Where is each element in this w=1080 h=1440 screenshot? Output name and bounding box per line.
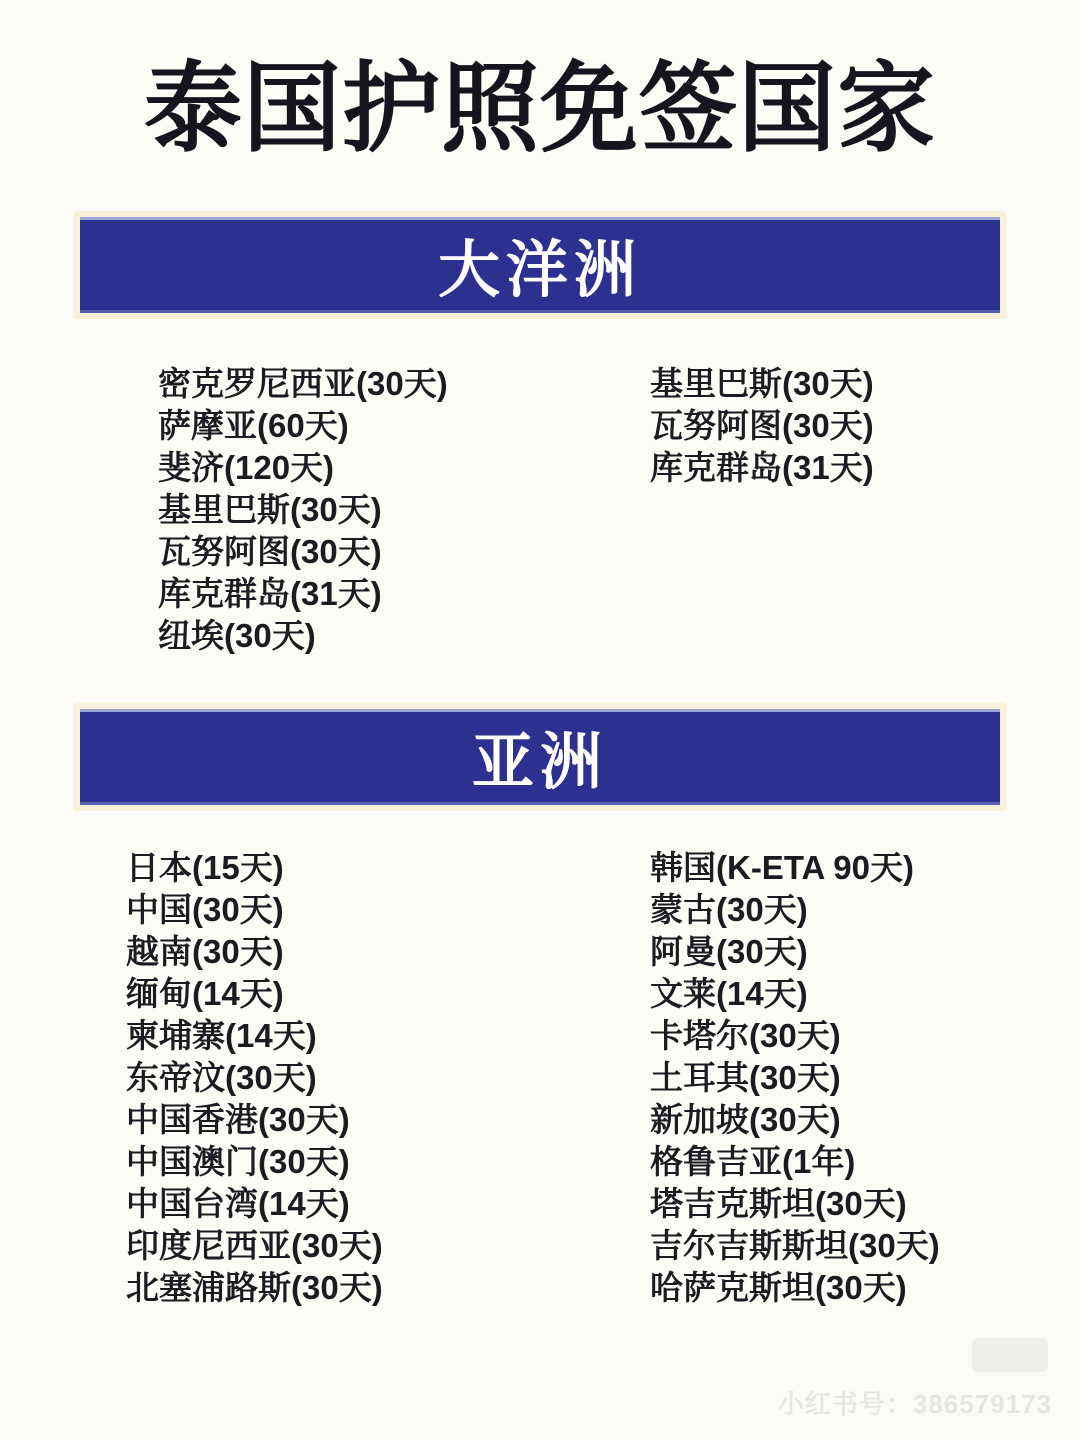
country-item: 瓦努阿图(30天): [650, 405, 1080, 447]
country-column-right: 韩国(K-ETA 90天)蒙古(30天)阿曼(30天)文莱(14天)卡塔尔(30…: [650, 847, 1080, 1309]
country-item: 文莱(14天): [650, 973, 1080, 1015]
country-item: 北塞浦路斯(30天): [126, 1267, 650, 1309]
country-item: 斐济(120天): [158, 447, 650, 489]
country-item: 日本(15天): [126, 847, 650, 889]
country-column-left: 日本(15天)中国(30天)越南(30天)缅甸(14天)柬埔寨(14天)东帝汶(…: [126, 847, 650, 1309]
country-column-left: 密克罗尼西亚(30天)萨摩亚(60天)斐济(120天)基里巴斯(30天)瓦努阿图…: [158, 363, 650, 657]
country-item: 库克群岛(31天): [650, 447, 1080, 489]
country-item: 缅甸(14天): [126, 973, 650, 1015]
country-item: 基里巴斯(30天): [650, 363, 1080, 405]
country-item: 柬埔寨(14天): [126, 1015, 650, 1057]
section-title: 亚洲: [472, 712, 608, 801]
country-item: 基里巴斯(30天): [158, 489, 650, 531]
country-item: 库克群岛(31天): [158, 573, 650, 615]
country-item: 土耳其(30天): [650, 1057, 1080, 1099]
country-item: 印度尼西亚(30天): [126, 1225, 650, 1267]
country-item: 东帝汶(30天): [126, 1057, 650, 1099]
watermark-id: 小红书号：386579173: [778, 1384, 1052, 1421]
country-item: 哈萨克斯坦(30天): [650, 1267, 1080, 1309]
section-banner: 亚洲: [80, 709, 1000, 805]
country-item: 阿曼(30天): [650, 931, 1080, 973]
country-item: 瓦努阿图(30天): [158, 531, 650, 573]
watermark-logo: [972, 1338, 1048, 1372]
section-oceania: 大洋洲密克罗尼西亚(30天)萨摩亚(60天)斐济(120天)基里巴斯(30天)瓦…: [0, 211, 1080, 657]
country-item: 纽埃(30天): [158, 615, 650, 657]
country-item: 中国香港(30天): [126, 1099, 650, 1141]
country-column-right: 基里巴斯(30天)瓦努阿图(30天)库克群岛(31天): [650, 363, 1080, 657]
country-item: 蒙古(30天): [650, 889, 1080, 931]
section-banner-frame: 亚洲: [74, 703, 1006, 811]
country-item: 中国(30天): [126, 889, 650, 931]
country-item: 吉尔吉斯斯坦(30天): [650, 1225, 1080, 1267]
country-columns: 密克罗尼西亚(30天)萨摩亚(60天)斐济(120天)基里巴斯(30天)瓦努阿图…: [0, 363, 1080, 657]
country-item: 中国台湾(14天): [126, 1183, 650, 1225]
sections-container: 大洋洲密克罗尼西亚(30天)萨摩亚(60天)斐济(120天)基里巴斯(30天)瓦…: [0, 211, 1080, 1309]
country-item: 塔吉克斯坦(30天): [650, 1183, 1080, 1225]
page-title: 泰国护照免签国家: [0, 0, 1080, 165]
country-item: 中国澳门(30天): [126, 1141, 650, 1183]
section-asia: 亚洲日本(15天)中国(30天)越南(30天)缅甸(14天)柬埔寨(14天)东帝…: [0, 703, 1080, 1309]
country-item: 韩国(K-ETA 90天): [650, 847, 1080, 889]
section-title: 大洋洲: [438, 220, 642, 309]
country-item: 萨摩亚(60天): [158, 405, 650, 447]
country-columns: 日本(15天)中国(30天)越南(30天)缅甸(14天)柬埔寨(14天)东帝汶(…: [0, 847, 1080, 1309]
country-item: 卡塔尔(30天): [650, 1015, 1080, 1057]
country-item: 格鲁吉亚(1年): [650, 1141, 1080, 1183]
country-item: 新加坡(30天): [650, 1099, 1080, 1141]
section-banner-frame: 大洋洲: [74, 211, 1006, 319]
country-item: 密克罗尼西亚(30天): [158, 363, 650, 405]
section-banner: 大洋洲: [80, 217, 1000, 313]
country-item: 越南(30天): [126, 931, 650, 973]
